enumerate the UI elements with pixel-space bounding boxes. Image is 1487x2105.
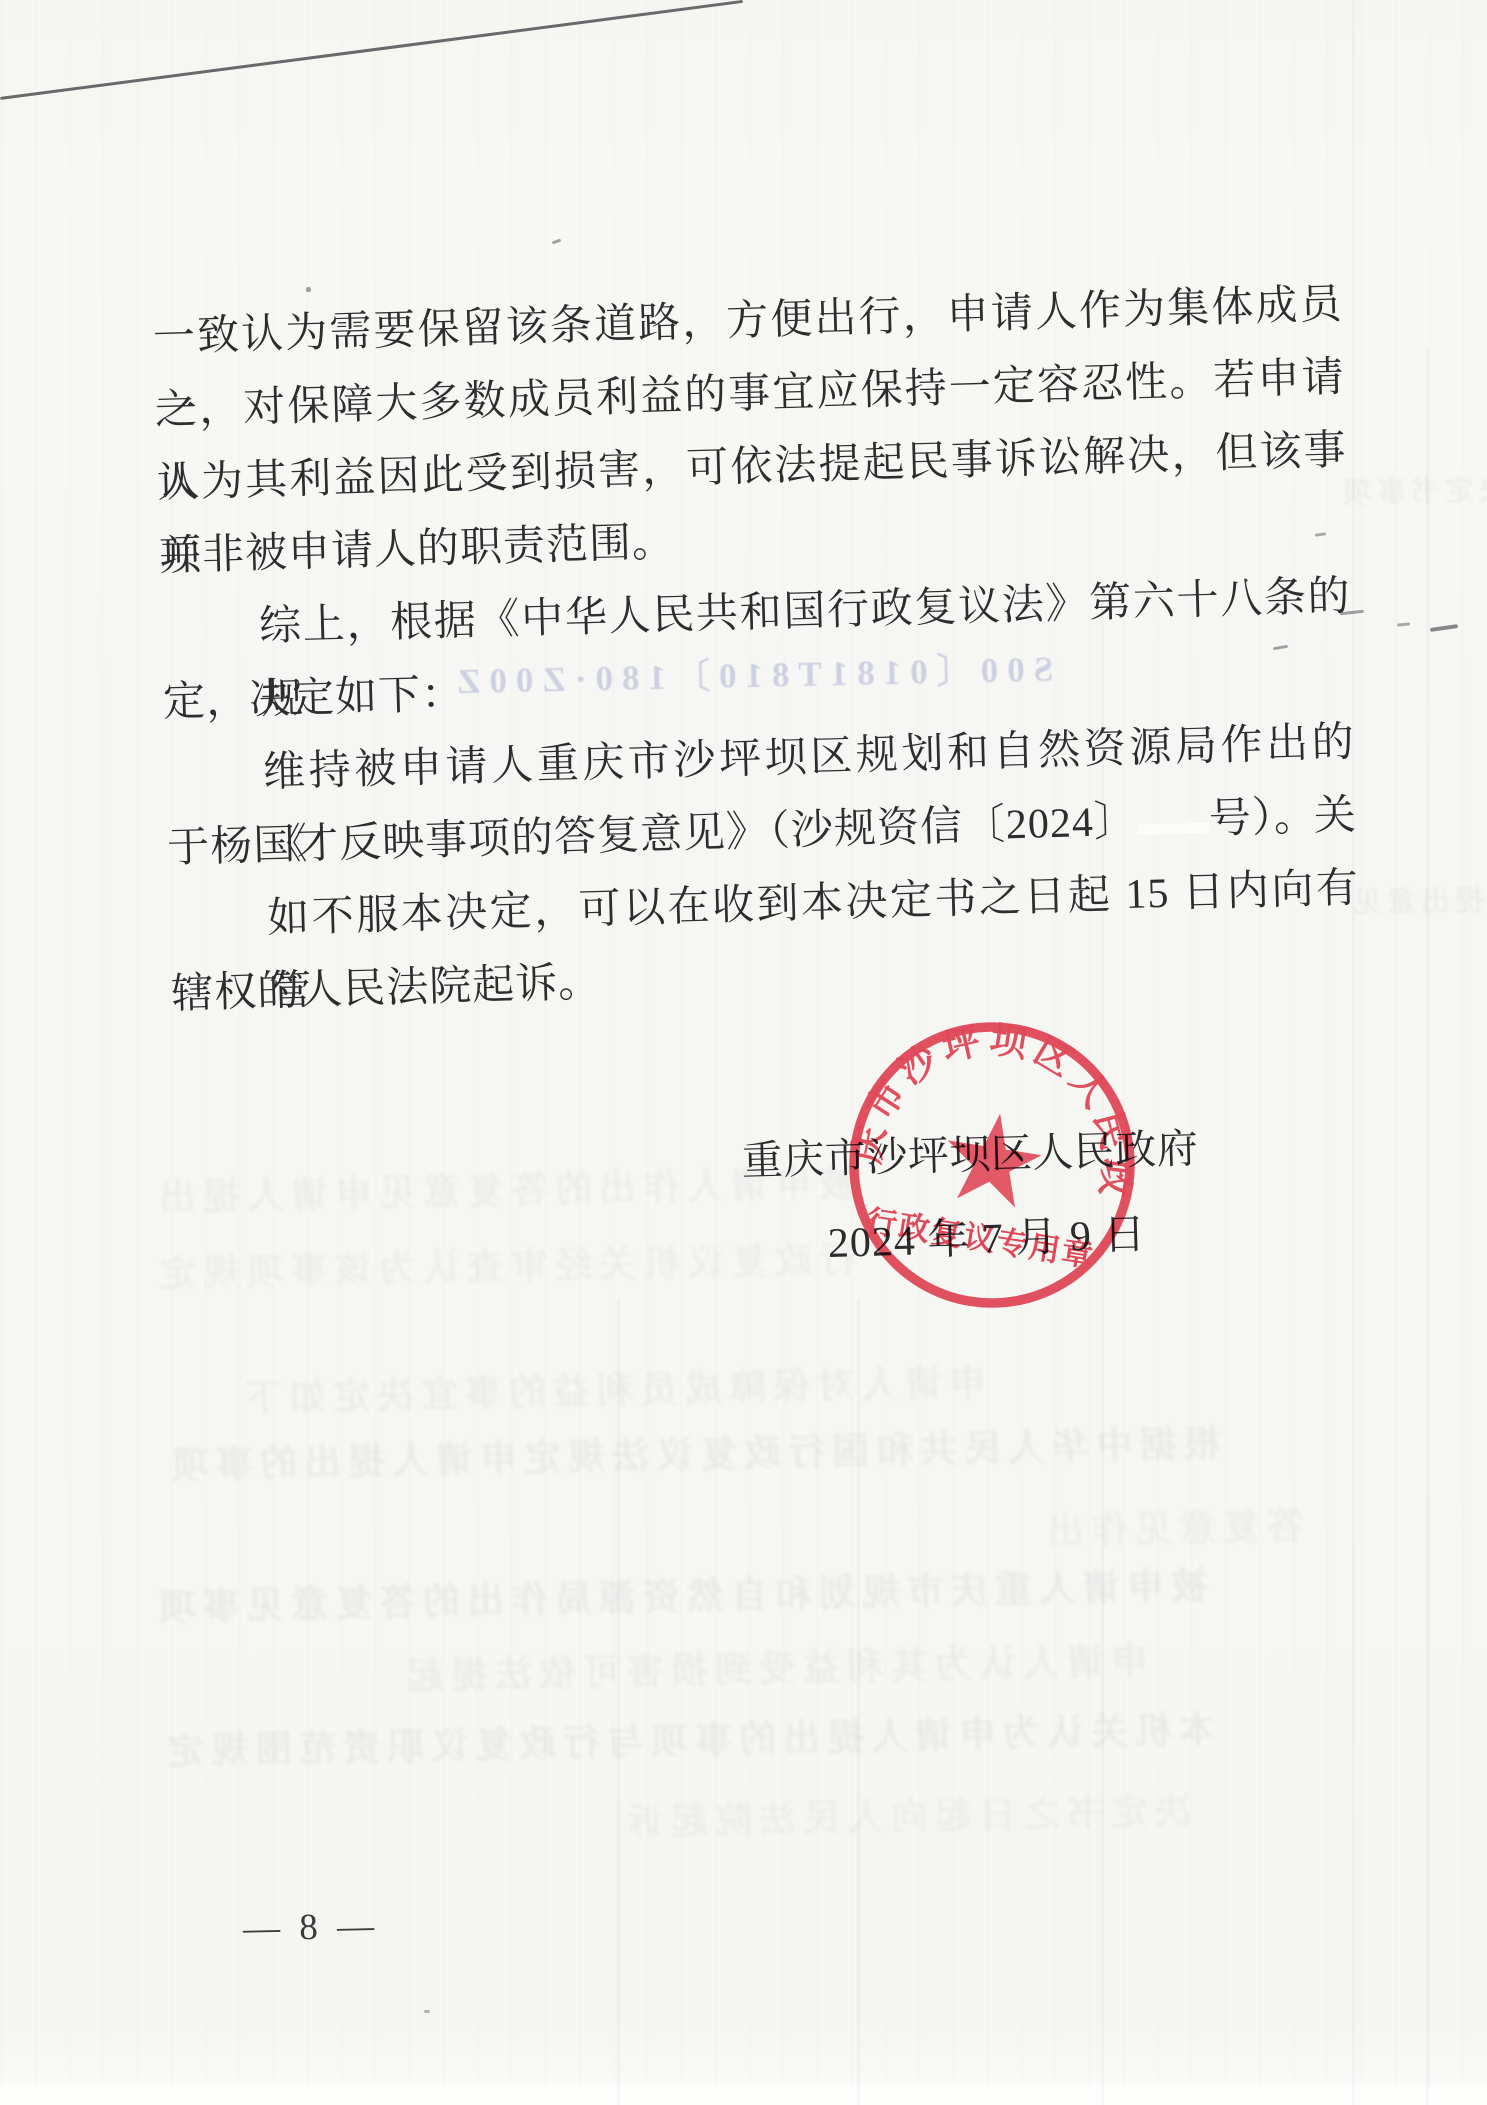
official-seal: 重庆市沙坪坝区人民政府 行政复议专用章 — [839, 1012, 1145, 1318]
seal-star-icon — [939, 1106, 1047, 1210]
scanned-document-page: S00〔0181T810〕180·Z00Z政复议决定书事项申请人提出意见被申请人… — [0, 0, 1487, 2105]
ink-speck-artifact — [1430, 624, 1458, 632]
ink-speck-artifact — [424, 2010, 430, 2013]
paper-edge-artifact — [0, 0, 743, 100]
redacted-document-number — [1137, 823, 1209, 835]
page-number: — 8 — — [243, 1905, 380, 1951]
scanner-bed-strip — [0, 2085, 1487, 2105]
bleed-through-line: 政复议决定书事项 — [1338, 465, 1487, 512]
line-text: 于杨国才反映事项的答复意见》（沙规资信〔2024〕 — [167, 799, 1138, 872]
bleed-through-line: 申请人对保障成员利益的事宜决定如下 — [238, 1352, 987, 1422]
line-text: 定，决定如下： — [163, 671, 465, 725]
bleed-through-line: 申请人提出意见 — [1348, 876, 1487, 922]
scan-band-artifact — [857, 1300, 860, 2105]
bleed-through-line: 答复意见作出 — [1039, 1495, 1304, 1555]
ink-speck-artifact — [306, 287, 311, 292]
bleed-through-line: 行政复议机关经审查认为该事项规定 — [152, 1229, 857, 1298]
bleed-through-line: 根据中华人民共和国行政复议法规定申请人提出的事项 — [165, 1413, 1222, 1489]
line-text-tail: 号）。 — [1208, 794, 1317, 843]
line-text: 辖权的人民法院起诉。 — [171, 960, 602, 1018]
bleed-through-line: 本机关认为申请人提出的事项与行政复议职责范围规定 — [160, 1699, 1217, 1775]
scan-band-artifact — [1426, 350, 1429, 2105]
bleed-through-line: 被申请人重庆市规划和自然资源局作出的答复意见事项 — [152, 1555, 1209, 1631]
ink-speck-artifact — [552, 239, 561, 245]
scan-band-artifact — [1352, 0, 1355, 2105]
line-text: 并非被申请人的职责范围。 — [158, 520, 675, 580]
ink-speck-artifact — [1397, 622, 1410, 626]
scan-band-artifact — [617, 1300, 620, 2105]
scan-band-artifact — [1101, 600, 1104, 2105]
bleed-through-line: 申请人认为其利益受到损害可依法提起 — [400, 1630, 1149, 1700]
document-body: 一致认为需要保留该条道路，方便出行，申请人作为集体成员之一，对保障大多数成员利益… — [152, 269, 1362, 1032]
bleed-through-line: 决定书之日起向人民法院起诉 — [619, 1780, 1192, 1846]
